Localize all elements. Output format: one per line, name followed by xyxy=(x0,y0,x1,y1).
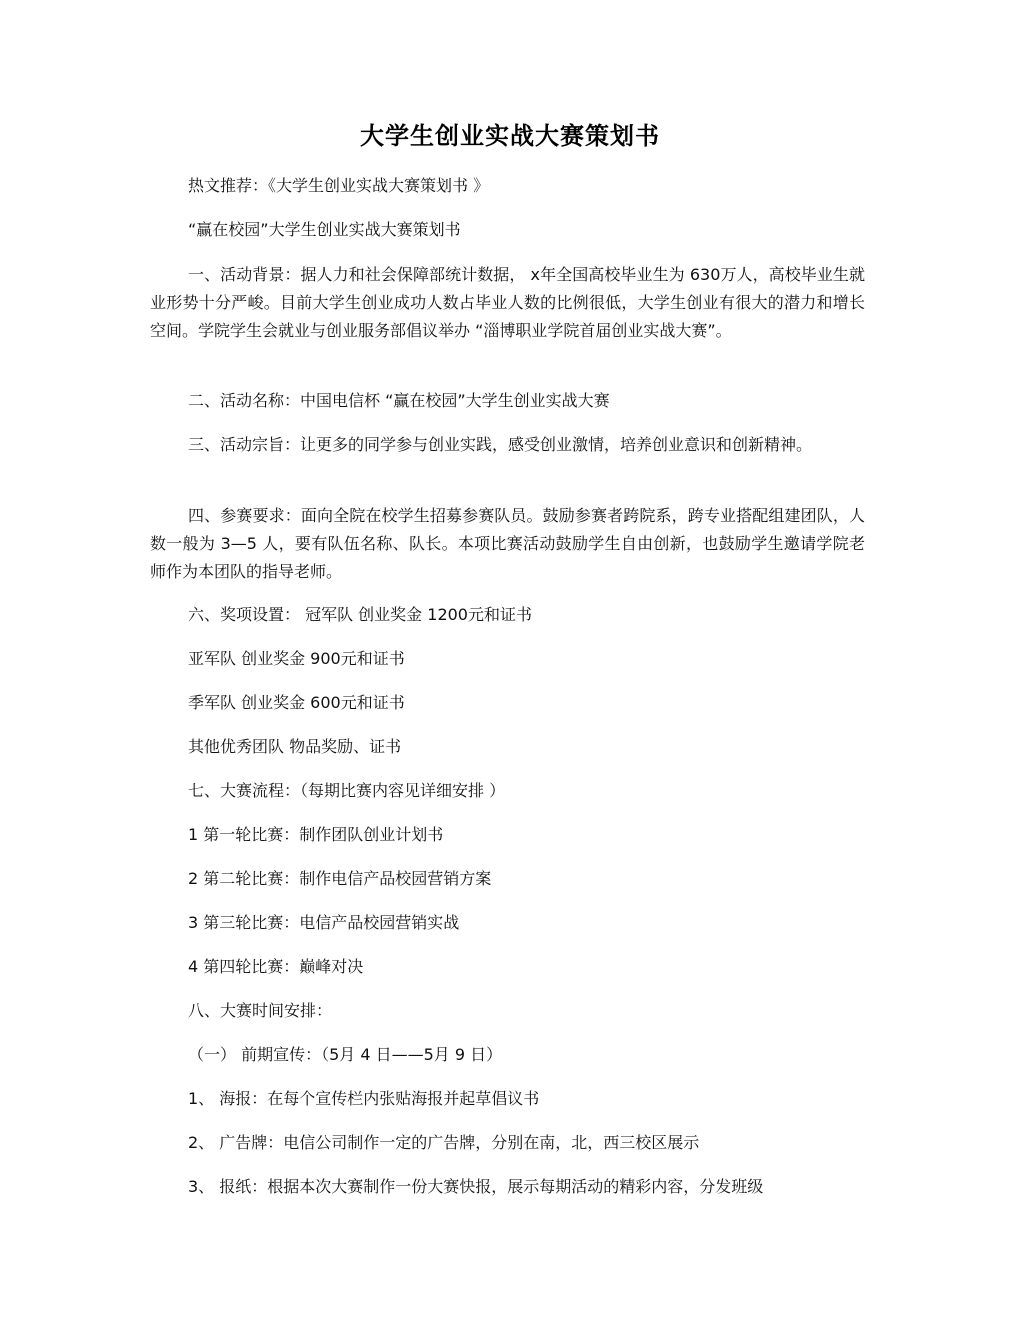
award-item: 亚军队 创业奖金 900元和证书 xyxy=(188,645,405,673)
subtitle-line: “赢在校园”大学生创业实战大赛策划书 xyxy=(188,216,461,244)
document-page: 大学生创业实战大赛策划书 热文推荐：《大学生创业实战大赛策划书 》 “赢在校园”… xyxy=(0,0,1020,1320)
schedule-item: 1、 海报：在每个宣传栏内张贴海报并起草倡议书 xyxy=(188,1085,539,1113)
awards-heading: 六、奖项设置： 冠军队 创业奖金 1200元和证书 xyxy=(188,601,532,629)
process-round: 1 第一轮比赛：制作团队创业计划书 xyxy=(188,821,443,849)
section-requirements: 四、参赛要求：面向全院在校学生招募参赛队员。鼓励参赛者跨院系，跨专业搭配组建团队… xyxy=(150,502,865,586)
schedule-item: 3、 报纸：根据本次大赛制作一份大赛快报，展示每期活动的精彩内容，分发班级 xyxy=(188,1173,763,1201)
schedule-phase: （一） 前期宣传：（5月 4 日——5月 9 日） xyxy=(188,1041,502,1069)
section-purpose: 三、活动宗旨：让更多的同学参与创业实践，感受创业激情，培养创业意识和创新精神。 xyxy=(150,431,865,459)
recommend-line: 热文推荐：《大学生创业实战大赛策划书 》 xyxy=(188,172,489,200)
process-round: 3 第三轮比赛：电信产品校园营销实战 xyxy=(188,909,459,937)
process-heading: 七、大赛流程：（每期比赛内容见详细安排 ） xyxy=(188,777,505,805)
process-round: 2 第二轮比赛：制作电信产品校园营销方案 xyxy=(188,865,491,893)
schedule-heading: 八、大赛时间安排： xyxy=(188,997,332,1025)
document-title: 大学生创业实战大赛策划书 xyxy=(0,118,1020,154)
award-item: 其他优秀团队 物品奖励、证书 xyxy=(188,733,401,761)
schedule-item: 2、 广告牌：电信公司制作一定的广告牌，分别在南，北，西三校区展示 xyxy=(188,1129,699,1157)
process-round: 4 第四轮比赛：巅峰对决 xyxy=(188,953,363,981)
section-background: 一、活动背景：据人力和社会保障部统计数据， x年全国高校毕业生为 630万人，高… xyxy=(150,261,865,345)
section-name: 二、活动名称：中国电信杯 “赢在校园”大学生创业实战大赛 xyxy=(188,387,610,415)
award-item: 季军队 创业奖金 600元和证书 xyxy=(188,689,405,717)
